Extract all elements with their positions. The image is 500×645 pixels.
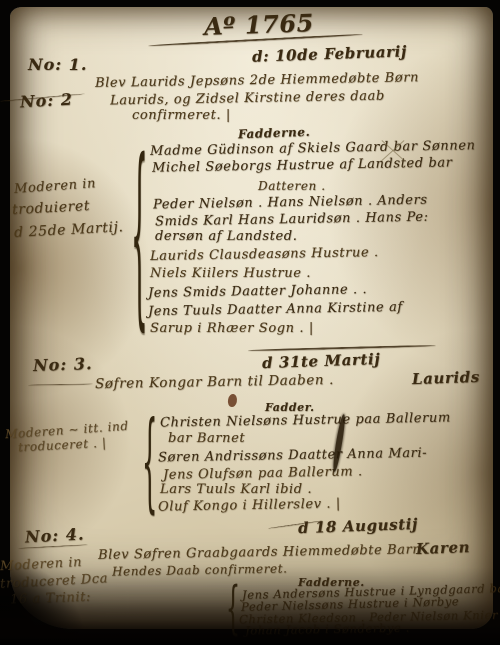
entry1-witness-line-9: Jens Smids Daatter Johanne . . [148, 283, 367, 300]
entry4-date-heading: d 18 Augustij [298, 517, 418, 536]
entry3-number: No: 3. [33, 356, 93, 374]
entry4-witness-line-4: Johan Jacob i Sønderbye . [245, 623, 410, 637]
year-heading: Aº 1765 [204, 11, 315, 39]
entry1-margin-note-line-2: troduieret [12, 199, 91, 217]
entry1-witness-line-8: Niels Kiilers Hustrue . [150, 267, 311, 280]
entry4-number: No: 4. [25, 526, 85, 545]
entry1-witness-line-11: Sarup i Rhæer Sogn . | [150, 322, 314, 335]
entry4-body-line-2: Hendes Daab confirmeret. [112, 562, 288, 577]
entry4-brace: { [226, 580, 240, 637]
entry1-brace: { [131, 139, 148, 337]
entry1-witness-line-3: Datteren . [258, 180, 326, 192]
entry3-child-name: Laurids [412, 370, 480, 387]
entry-number-2: No: 2 [20, 92, 74, 111]
entry1-witness-line-7: Laurids Clausdeasøns Hustrue . [150, 246, 379, 263]
scanned-register-page: Aº 1765 d: 10de Februarij No: 1. Blev La… [0, 0, 500, 645]
entry1-witness-header: Fadderne. [238, 126, 311, 141]
entry3-witness-header: Fadder. [265, 402, 315, 413]
entry3-witness-line-2: bar Barnet [168, 432, 245, 445]
entry3-witness-line-5: Lars Tuuls Karl ibid . [160, 483, 312, 496]
entry3-witness-line-6: Oluf Kongo i Hillerslev . | [158, 497, 341, 513]
entry1-witness-line-6: dersøn af Landsted. [155, 230, 297, 243]
entry3-date-heading: d 31te Martij [262, 352, 381, 371]
entry3-brace: { [142, 410, 157, 518]
entry4-child-name: Karen [416, 540, 471, 557]
entry4-margin-note-line-3: 16 a Trinit: [10, 591, 91, 607]
entry-number-1: No: 1. [28, 57, 87, 73]
